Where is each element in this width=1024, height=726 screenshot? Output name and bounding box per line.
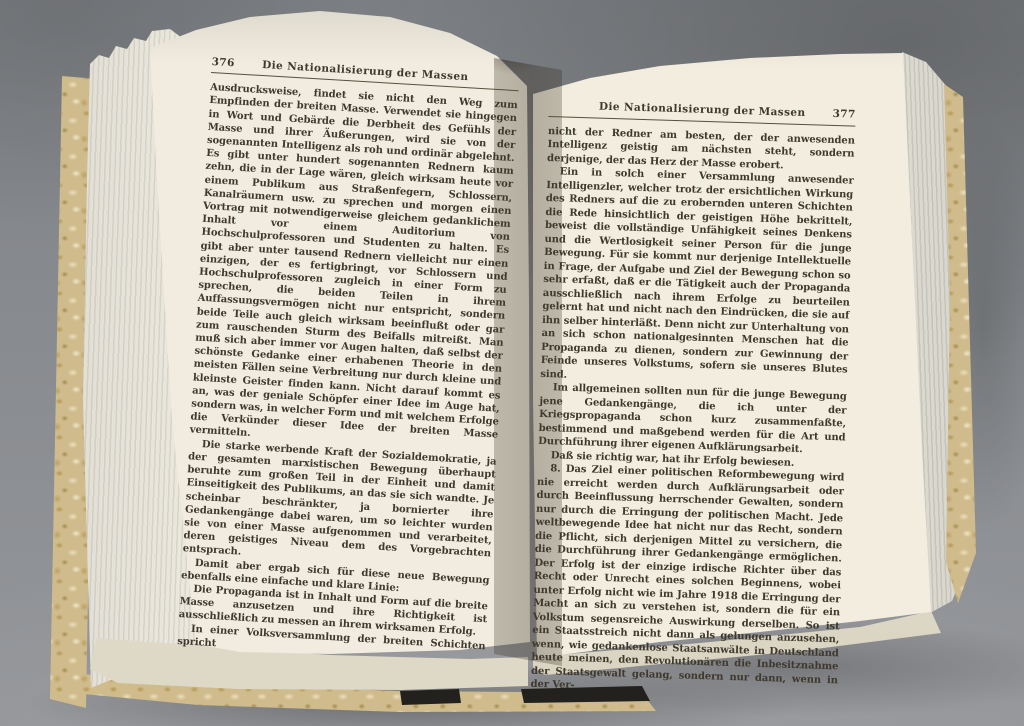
page-number: 376: [211, 56, 258, 72]
page-paragraph: Die starke werbende Kraft der Sozialdemo…: [182, 437, 497, 574]
left-page-text: 376 Die Nationalisierung der Massen Ausd…: [177, 56, 520, 666]
header-spacer: [473, 85, 519, 88]
right-page-text: Die Nationalisierung der Massen 377 nich…: [530, 99, 855, 701]
page-paragraph: Im allgemeinen sollten nun für die junge…: [538, 381, 847, 458]
photo-background: 376 Die Nationalisierung der Massen Ausd…: [0, 0, 1024, 726]
header-spacer: [549, 112, 595, 113]
page-paragraph: Ein in solch einer Versammlung anwesende…: [540, 165, 854, 391]
page-number: 377: [809, 107, 855, 122]
page-paragraph: Ausdrucksweise, findet sie nicht den Weg…: [189, 81, 518, 455]
page-paragraph: 8. Das Ziel einer politischen Reformbewe…: [530, 462, 844, 701]
